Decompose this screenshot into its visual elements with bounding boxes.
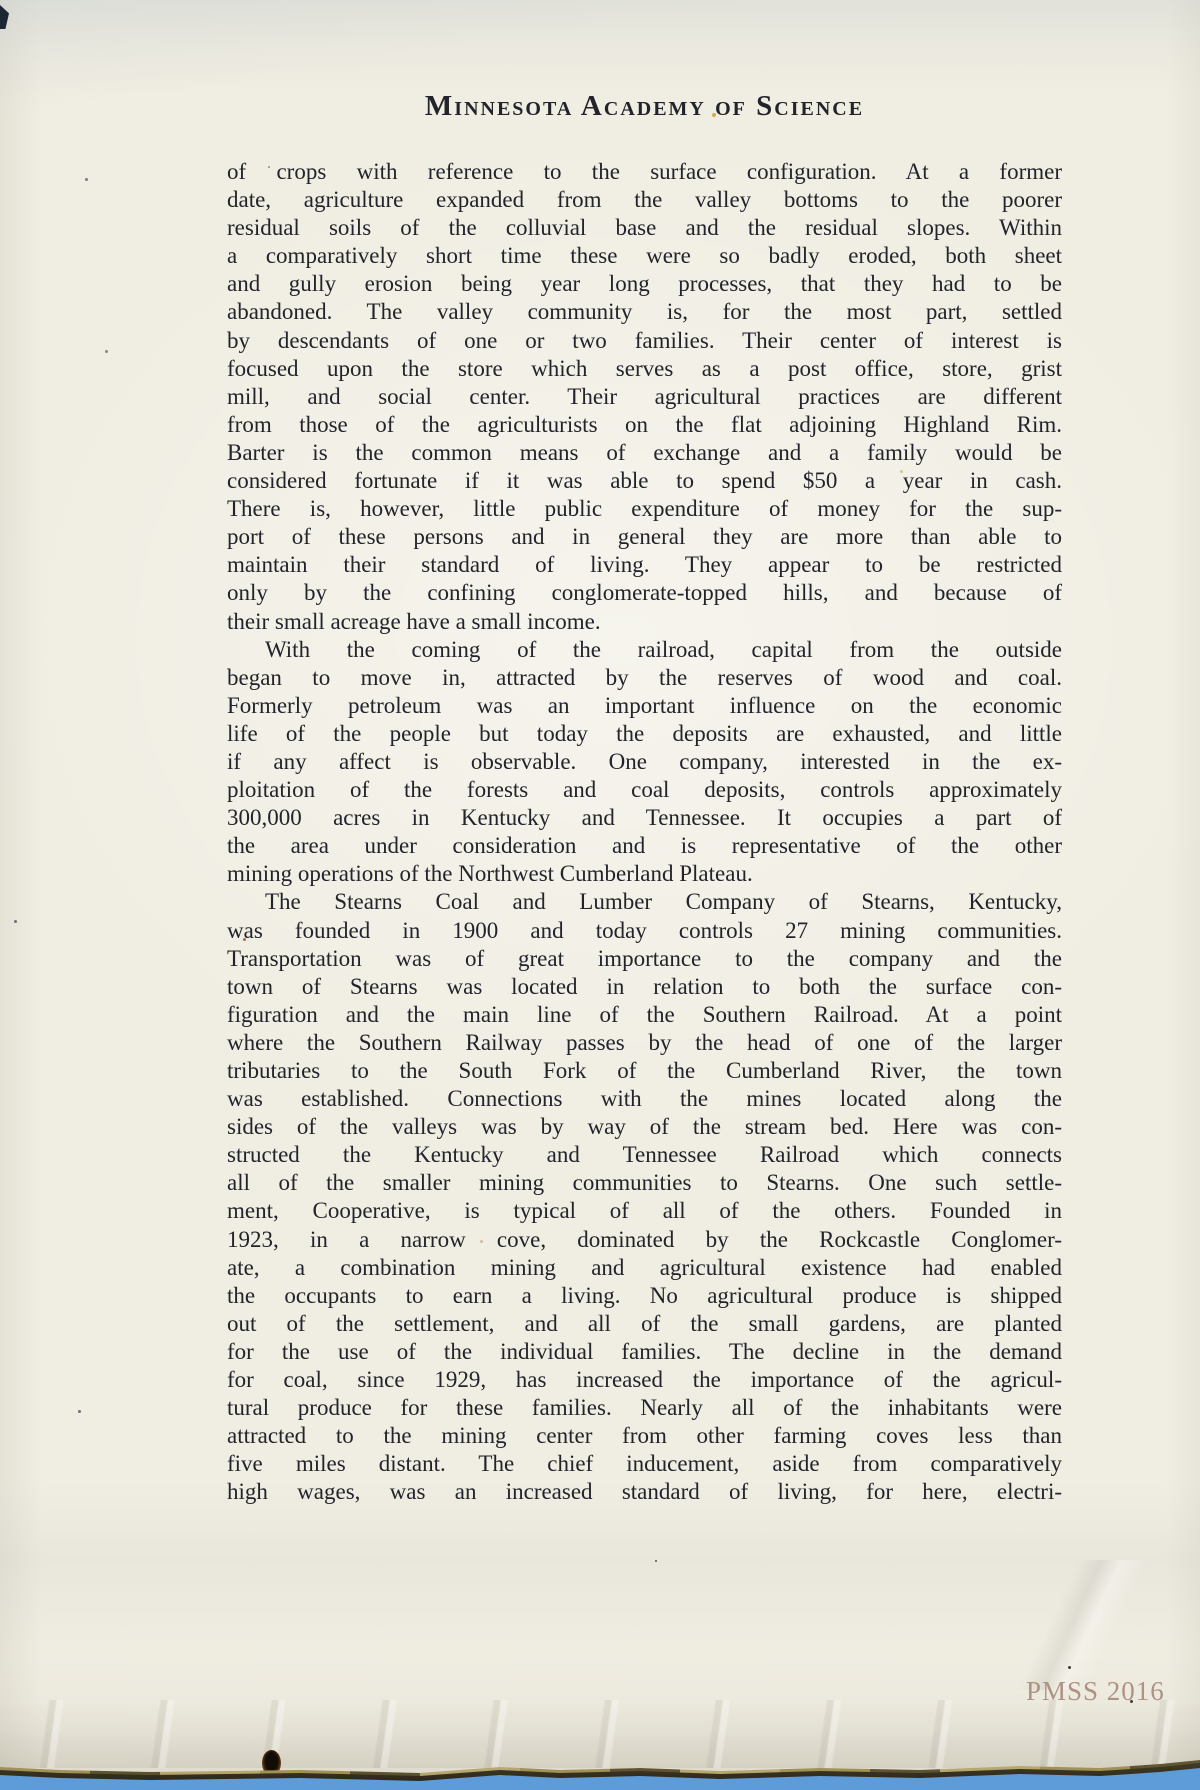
text-line: maintain their standard of living. They … <box>227 551 1062 579</box>
text-line: for the use of the individual families. … <box>227 1338 1062 1366</box>
text-line: attracted to the mining center from othe… <box>227 1422 1062 1450</box>
paper-speck <box>655 1560 657 1562</box>
text-line: from those of the agriculturists on the … <box>227 411 1062 439</box>
text-line: life of the people but today the deposit… <box>227 720 1062 748</box>
text-line: ploitation of the forests and coal depos… <box>227 776 1062 804</box>
text-line: where the Southern Railway passes by the… <box>227 1029 1062 1057</box>
text-line: mill, and social center. Their agricultu… <box>227 383 1062 411</box>
text-line: port of these persons and in general the… <box>227 523 1062 551</box>
text-line: figuration and the main line of the Sout… <box>227 1001 1062 1029</box>
text-line: of crops with reference to the surface c… <box>227 158 1062 186</box>
paper-page: Minnesota Academy of Science of crops wi… <box>0 0 1200 1777</box>
paper-speck <box>14 920 17 923</box>
paragraph: of crops with reference to the surface c… <box>227 158 1062 636</box>
text-line: the area under consideration and is repr… <box>227 832 1062 860</box>
text-line: There is, however, little public expendi… <box>227 495 1062 523</box>
paper-speck <box>1130 1700 1133 1703</box>
text-line: tributaries to the South Fork of the Cum… <box>227 1057 1062 1085</box>
text-line: tural produce for these families. Nearly… <box>227 1394 1062 1422</box>
text-line: and gully erosion being year long proces… <box>227 270 1062 298</box>
text-line: sides of the valleys was by way of the s… <box>227 1113 1062 1141</box>
corner-mark <box>0 5 9 29</box>
paper-speck <box>1068 1666 1071 1669</box>
text-line: considered fortunate if it was able to s… <box>227 467 1062 495</box>
text-line: their small acreage have a small income. <box>227 608 1062 636</box>
paper-speck <box>243 938 246 941</box>
paper-crease <box>0 1700 1200 1768</box>
text-line: a comparatively short time these were so… <box>227 242 1062 270</box>
text-line: for coal, since 1929, has increased the … <box>227 1366 1062 1394</box>
text-line: ment, Cooperative, is typical of all of … <box>227 1197 1062 1225</box>
text-line: 300,000 acres in Kentucky and Tennessee.… <box>227 804 1062 832</box>
paragraph: The Stearns Coal and Lumber Company of S… <box>227 888 1062 1506</box>
paper-speck <box>712 113 716 117</box>
text-line: the occupants to earn a living. No agric… <box>227 1282 1062 1310</box>
text-line: The Stearns Coal and Lumber Company of S… <box>227 888 1062 916</box>
journal-header: Minnesota Academy of Science <box>227 90 1062 123</box>
paper-speck <box>105 350 108 353</box>
text-line: Transportation was of great importance t… <box>227 945 1062 973</box>
paper-crease <box>930 1560 1200 1690</box>
paper-speck <box>78 1410 81 1413</box>
text-line: ate, a combination mining and agricultur… <box>227 1254 1062 1282</box>
text-line: Formerly petroleum was an important infl… <box>227 692 1062 720</box>
text-line: 1923, in a narrow cove, dominated by the… <box>227 1226 1062 1254</box>
text-line: town of Stearns was located in relation … <box>227 973 1062 1001</box>
text-line: by descendants of one or two families. T… <box>227 327 1062 355</box>
text-line: all of the smaller mining communities to… <box>227 1169 1062 1197</box>
paper-speck <box>85 178 88 181</box>
text-line: abandoned. The valley community is, for … <box>227 298 1062 326</box>
text-line: if any affect is observable. One company… <box>227 748 1062 776</box>
text-line: mining operations of the Northwest Cumbe… <box>227 860 1062 888</box>
text-line: was established. Connections with the mi… <box>227 1085 1062 1113</box>
text-line: high wages, was an increased standard of… <box>227 1478 1062 1506</box>
paper-speck <box>268 166 270 168</box>
text-line: out of the settlement, and all of the sm… <box>227 1310 1062 1338</box>
paragraph: With the coming of the railroad, capital… <box>227 636 1062 889</box>
scanned-document: Minnesota Academy of Science of crops wi… <box>0 0 1200 1790</box>
text-line: was founded in 1900 and today controls 2… <box>227 917 1062 945</box>
text-line: only by the confining conglomerate-toppe… <box>227 579 1062 607</box>
paper-speck <box>900 470 903 473</box>
paper-speck <box>480 1240 483 1243</box>
text-line: began to move in, attracted by the reser… <box>227 664 1062 692</box>
pmss-watermark: PMSS 2016 <box>1026 1676 1165 1707</box>
text-line: five miles distant. The chief inducement… <box>227 1450 1062 1478</box>
text-line: date, agriculture expanded from the vall… <box>227 186 1062 214</box>
text-line: residual soils of the colluvial base and… <box>227 214 1062 242</box>
text-line: With the coming of the railroad, capital… <box>227 636 1062 664</box>
text-line: Barter is the common means of exchange a… <box>227 439 1062 467</box>
text-line: structed the Kentucky and Tennessee Rail… <box>227 1141 1062 1169</box>
body-text-block: of crops with reference to the surface c… <box>227 158 1062 1507</box>
text-line: focused upon the store which serves as a… <box>227 355 1062 383</box>
